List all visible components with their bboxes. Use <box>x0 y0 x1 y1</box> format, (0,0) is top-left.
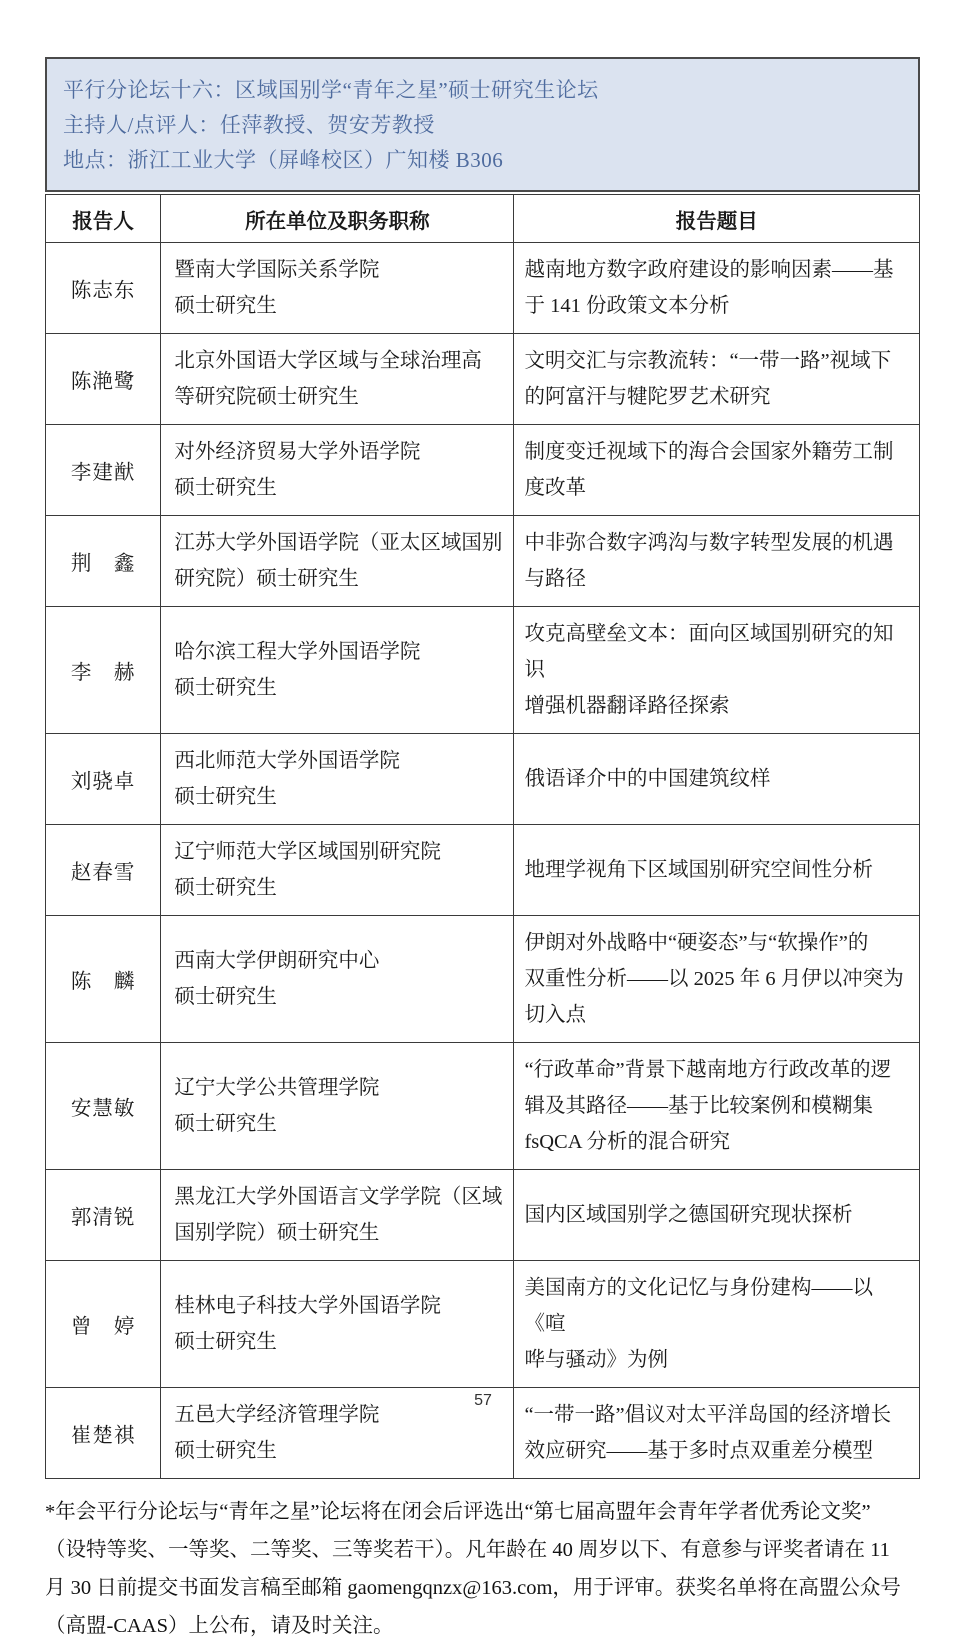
affiliation-cell: 哈尔滨工程大学外国语学院 硕士研究生 <box>161 607 514 734</box>
page-number: 57 <box>0 1392 966 1410</box>
table-row: 陈滟鹭北京外国语大学区域与全球治理高 等研究院硕士研究生文明交汇与宗教流转：“一… <box>46 334 920 425</box>
presenter-name-cell: 陈志东 <box>46 243 161 334</box>
affiliation-cell: 对外经济贸易大学外语学院 硕士研究生 <box>161 425 514 516</box>
session-title: 平行分论坛十六：区域国别学“青年之星”硕士研究生论坛 <box>63 73 902 108</box>
affiliation-cell: 西北师范大学外国语学院 硕士研究生 <box>161 734 514 825</box>
session-location: 地点：浙江工业大学（屏峰校区）广知楼 B306 <box>63 143 902 178</box>
column-header-title: 报告题目 <box>514 195 920 243</box>
table-row: 荆 鑫江苏大学外国语学院（亚太区域国别 研究院）硕士研究生中非弥合数字鸿沟与数字… <box>46 516 920 607</box>
document-page: 平行分论坛十六：区域国别学“青年之星”硕士研究生论坛 主持人/点评人：任萍教授、… <box>0 0 966 1438</box>
presenter-name-cell: 曾 婷 <box>46 1261 161 1388</box>
footnote-line: （设特等奖、一等奖、二等奖、三等奖若干）。凡年龄在 40 周岁以下、有意参与评奖… <box>45 1531 920 1569</box>
report-title-cell: 俄语译介中的中国建筑纹样 <box>514 734 920 825</box>
affiliation-cell: 黑龙江大学外国语言文学学院（区域 国别学院）硕士研究生 <box>161 1170 514 1261</box>
report-title-cell: 国内区域国别学之德国研究现状探析 <box>514 1170 920 1261</box>
table-row: 李建猷对外经济贸易大学外语学院 硕士研究生制度变迁视域下的海合会国家外籍劳工制 … <box>46 425 920 516</box>
footnote-line: （高盟-CAAS）上公布，请及时关注。 <box>45 1607 920 1645</box>
affiliation-cell: 江苏大学外国语学院（亚太区域国别 研究院）硕士研究生 <box>161 516 514 607</box>
footnote-line: 月 30 日前提交书面发言稿至邮箱 gaomengqnzx@163.com，用于… <box>45 1569 920 1607</box>
footnote: *年会平行分论坛与“青年之星”论坛将在闭会后评选出“第七届高盟年会青年学者优秀论… <box>45 1493 920 1645</box>
presenter-name-cell: 陈 麟 <box>46 916 161 1043</box>
session-header-box: 平行分论坛十六：区域国别学“青年之星”硕士研究生论坛 主持人/点评人：任萍教授、… <box>45 57 920 192</box>
table-body: 陈志东暨南大学国际关系学院 硕士研究生越南地方数字政府建设的影响因素——基 于 … <box>46 243 920 1479</box>
affiliation-cell: 辽宁师范大学区域国别研究院 硕士研究生 <box>161 825 514 916</box>
affiliation-cell: 桂林电子科技大学外国语学院 硕士研究生 <box>161 1261 514 1388</box>
presenter-name-cell: 李建猷 <box>46 425 161 516</box>
presenter-name-cell: 荆 鑫 <box>46 516 161 607</box>
table-row: 李 赫哈尔滨工程大学外国语学院 硕士研究生攻克高壁垒文本：面向区域国别研究的知识… <box>46 607 920 734</box>
program-table: 报告人 所在单位及职务职称 报告题目 陈志东暨南大学国际关系学院 硕士研究生越南… <box>45 194 920 1479</box>
affiliation-cell: 暨南大学国际关系学院 硕士研究生 <box>161 243 514 334</box>
presenter-name-cell: 刘骁卓 <box>46 734 161 825</box>
report-title-cell: “行政革命”背景下越南地方行政改革的逻 辑及其路径——基于比较案例和模糊集 fs… <box>514 1043 920 1170</box>
report-title-cell: 越南地方数字政府建设的影响因素——基 于 141 份政策文本分析 <box>514 243 920 334</box>
table-row: 曾 婷桂林电子科技大学外国语学院 硕士研究生美国南方的文化记忆与身份建构——以《… <box>46 1261 920 1388</box>
report-title-cell: 美国南方的文化记忆与身份建构——以《喧 哗与骚动》为例 <box>514 1261 920 1388</box>
report-title-cell: 地理学视角下区域国别研究空间性分析 <box>514 825 920 916</box>
presenter-name-cell: 李 赫 <box>46 607 161 734</box>
report-title-cell: 中非弥合数字鸿沟与数字转型发展的机遇 与路径 <box>514 516 920 607</box>
column-header-affiliation: 所在单位及职务职称 <box>161 195 514 243</box>
presenter-name-cell: 陈滟鹭 <box>46 334 161 425</box>
presenter-name-cell: 郭清锐 <box>46 1170 161 1261</box>
table-header-row: 报告人 所在单位及职务职称 报告题目 <box>46 195 920 243</box>
table-row: 陈志东暨南大学国际关系学院 硕士研究生越南地方数字政府建设的影响因素——基 于 … <box>46 243 920 334</box>
table-row: 陈 麟西南大学伊朗研究中心 硕士研究生伊朗对外战略中“硬姿态”与“软操作”的 双… <box>46 916 920 1043</box>
report-title-cell: 攻克高壁垒文本：面向区域国别研究的知识 增强机器翻译路径探索 <box>514 607 920 734</box>
affiliation-cell: 西南大学伊朗研究中心 硕士研究生 <box>161 916 514 1043</box>
column-header-presenter: 报告人 <box>46 195 161 243</box>
presenter-name-cell: 安慧敏 <box>46 1043 161 1170</box>
session-hosts: 主持人/点评人：任萍教授、贺安芳教授 <box>63 108 902 143</box>
affiliation-cell: 北京外国语大学区域与全球治理高 等研究院硕士研究生 <box>161 334 514 425</box>
table-row: 刘骁卓西北师范大学外国语学院 硕士研究生俄语译介中的中国建筑纹样 <box>46 734 920 825</box>
table-row: 郭清锐黑龙江大学外国语言文学学院（区域 国别学院）硕士研究生国内区域国别学之德国… <box>46 1170 920 1261</box>
footnote-line: *年会平行分论坛与“青年之星”论坛将在闭会后评选出“第七届高盟年会青年学者优秀论… <box>45 1493 920 1531</box>
table-row: 赵春雪辽宁师范大学区域国别研究院 硕士研究生地理学视角下区域国别研究空间性分析 <box>46 825 920 916</box>
affiliation-cell: 辽宁大学公共管理学院 硕士研究生 <box>161 1043 514 1170</box>
presenter-name-cell: 赵春雪 <box>46 825 161 916</box>
report-title-cell: 伊朗对外战略中“硬姿态”与“软操作”的 双重性分析——以 2025 年 6 月伊… <box>514 916 920 1043</box>
table-row: 安慧敏辽宁大学公共管理学院 硕士研究生“行政革命”背景下越南地方行政改革的逻 辑… <box>46 1043 920 1170</box>
report-title-cell: 制度变迁视域下的海合会国家外籍劳工制 度改革 <box>514 425 920 516</box>
report-title-cell: 文明交汇与宗教流转：“一带一路”视域下 的阿富汗与犍陀罗艺术研究 <box>514 334 920 425</box>
